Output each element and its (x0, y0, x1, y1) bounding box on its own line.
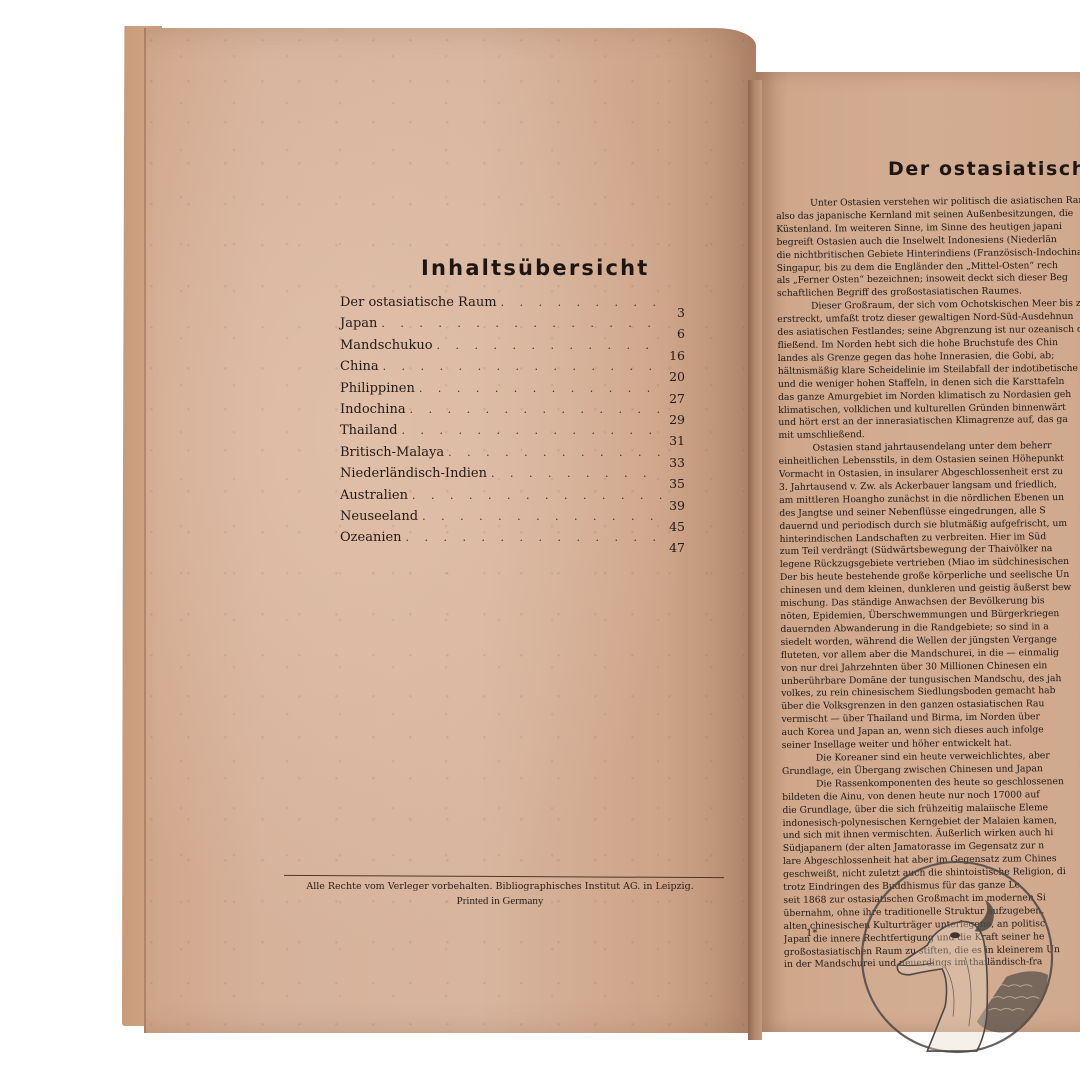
toc-entry-page: 29 (663, 412, 685, 427)
goose-head-logo-icon (858, 858, 1056, 1056)
toc-entry-label: Philippinen (340, 381, 419, 396)
toc-entry: Australien39 (340, 487, 685, 508)
toc-leader-dots (419, 382, 663, 395)
toc-entry-page: 31 (663, 433, 685, 448)
toc-leader-dots (437, 339, 663, 352)
toc-leader-dots (406, 531, 663, 544)
toc-leader-dots (383, 360, 663, 373)
publisher-footer: Alle Rechte vom Verleger vorbehalten. Bi… (270, 880, 730, 908)
toc-leader-dots (412, 489, 663, 502)
toc-leader-dots (410, 403, 663, 416)
page-signature: 1* (806, 928, 817, 939)
toc-entry-label: Indochina (340, 402, 410, 417)
toc-entry-page: 6 (663, 326, 685, 341)
toc-entry-label: Japan (340, 316, 381, 331)
toc-entry-label: Britisch-Malaya (340, 445, 448, 460)
toc-entry-label: Niederländisch-Indien (340, 466, 491, 481)
article-title: Der ostasiatisch (888, 158, 1080, 180)
toc-entry-label: Thailand (340, 423, 402, 438)
toc-entry-page: 47 (663, 540, 685, 555)
toc-leader-dots (402, 424, 663, 437)
toc-leader-dots (501, 296, 663, 309)
toc-entry-label: Der ostasiatische Raum (340, 295, 501, 310)
toc-entry-page: 20 (663, 369, 685, 384)
toc-leader-dots (491, 467, 663, 480)
toc-entry-label: Australien (340, 488, 412, 503)
toc-entry-page: 16 (663, 348, 685, 363)
toc-leader-dots (422, 510, 663, 523)
toc-entry: Britisch-Malaya33 (340, 444, 685, 465)
toc-entry: Niederländisch-Indien35 (340, 465, 685, 486)
rights-notice: Alle Rechte vom Verleger vorbehalten. Bi… (270, 880, 730, 894)
toc-entry-page: 33 (663, 455, 685, 470)
toc-entry-page: 45 (663, 519, 685, 534)
toc-leader-dots (381, 317, 663, 330)
article-body: Unter Ostasien verstehen wir politisch d… (776, 194, 1080, 972)
toc-entry: Philippinen27 (340, 380, 685, 401)
toc-entry-page: 39 (663, 498, 685, 513)
toc-entry-label: Neuseeland (340, 509, 422, 524)
toc-entry: Thailand31 (340, 422, 685, 443)
toc-entry: Neuseeland45 (340, 508, 685, 529)
table-of-contents: Der ostasiatische Raum3Japan6Mandschukuo… (340, 294, 685, 551)
toc-entry: Ozeanien47 (340, 529, 685, 550)
toc-entry-page: 3 (663, 305, 685, 320)
toc-entry: Indochina29 (340, 401, 685, 422)
toc-title: Inhaltsübersicht (421, 256, 650, 280)
toc-leader-dots (448, 446, 663, 459)
toc-entry-label: China (340, 359, 383, 374)
toc-entry: Japan6 (340, 315, 685, 336)
toc-entry-label: Mandschukuo (340, 338, 437, 353)
toc-entry-page: 27 (663, 391, 685, 406)
toc-entry: Der ostasiatische Raum3 (340, 294, 685, 315)
toc-entry-label: Ozeanien (340, 530, 406, 545)
book-gutter (748, 80, 762, 1040)
open-book: Inhaltsübersicht Der ostasiatische Raum3… (0, 0, 1080, 1080)
toc-entry: Mandschukuo16 (340, 337, 685, 358)
printed-in-notice: Printed in Germany (270, 894, 730, 908)
toc-entry: China20 (340, 358, 685, 379)
toc-entry-page: 35 (663, 476, 685, 491)
